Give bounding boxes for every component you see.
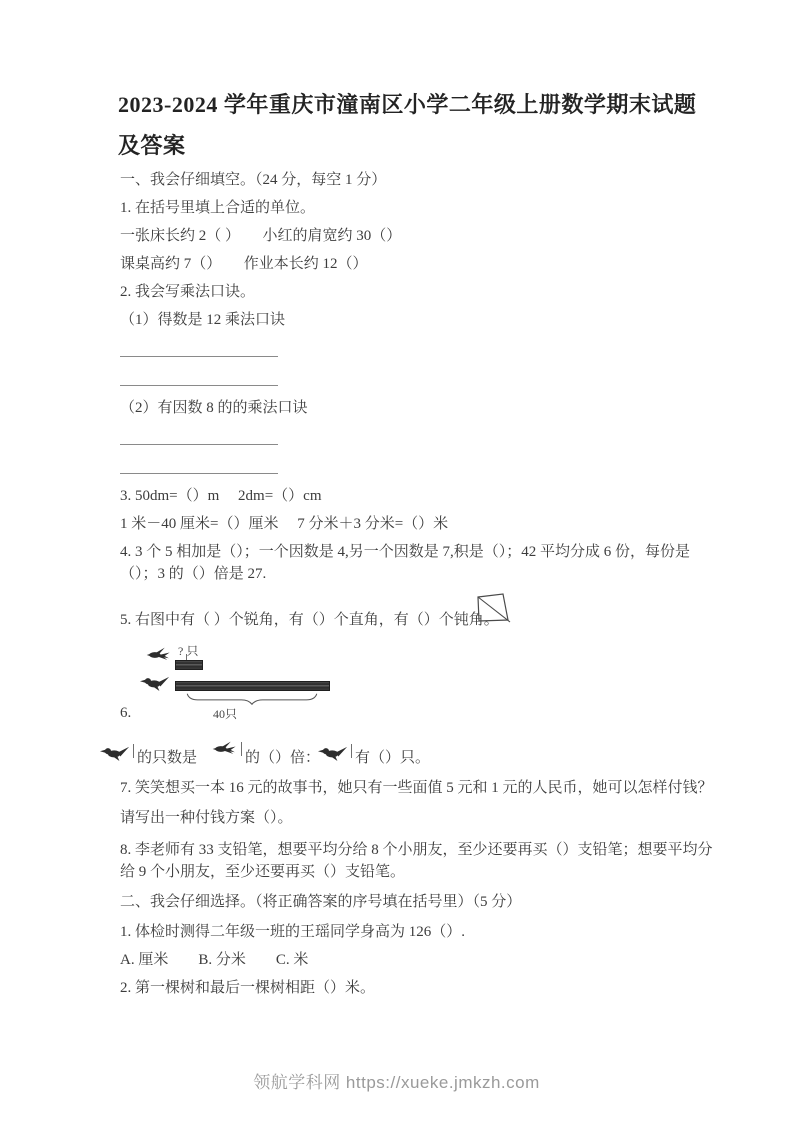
q6-text-part1: 的只数是 xyxy=(137,748,197,768)
image-edge-tick xyxy=(351,744,352,758)
q2-part1: （1）得数是 12 乘法口诀 xyxy=(120,310,285,330)
answer-blank-line xyxy=(120,473,278,474)
answer-blank-line xyxy=(120,385,278,386)
q8-line2: 给 9 个小朋友，至少还要再买（）支铅笔。 xyxy=(120,862,405,882)
image-edge-tick xyxy=(241,742,242,756)
q2-part2: （2）有因数 8 的的乘法口诀 xyxy=(120,398,308,418)
q7-line2: 请写出一种付钱方案（）。 xyxy=(120,808,293,828)
image-edge-tick xyxy=(133,744,134,758)
magpie-bird-icon xyxy=(100,742,130,764)
q6-long-bar xyxy=(175,681,330,691)
exam-document-page: 2023-2024 学年重庆市潼南区小学二年级上册数学期末试题 及答案 一、我会… xyxy=(0,0,793,1122)
q4-line2: （）；3 的（）倍是 27. xyxy=(120,564,266,584)
q2-stem: 2. 我会写乘法口诀。 xyxy=(120,282,255,302)
q6-bottom-bar-label: 40只 xyxy=(213,704,237,724)
q6-top-bar-label: ? 只 xyxy=(178,641,198,661)
q7-line1: 7. 笑笑想买一本 16 元的故事书，她只有一些面值 5 元和 1 元的人民币，… xyxy=(120,778,713,798)
s2-q1-options: A. 厘米 B. 分米 C. 米 xyxy=(120,950,308,970)
swallow-bird-icon xyxy=(212,740,238,758)
q4-line1: 4. 3 个 5 相加是（）；一个因数是 4,另一个因数是 7,积是（）；42 … xyxy=(120,542,690,562)
page-title-line1: 2023-2024 学年重庆市潼南区小学二年级上册数学期末试题 xyxy=(118,88,696,119)
section1-heading: 一、我会仔细填空。（24 分，每空 1 分） xyxy=(120,170,386,190)
magpie-bird-icon xyxy=(140,672,170,694)
answer-blank-line xyxy=(120,356,278,357)
q5-stem: 5. 右图中有（ ）个锐角，有（）个直角，有（）个钝角。 xyxy=(120,610,499,630)
q6-text-part3: 有（）只。 xyxy=(355,748,430,768)
q6-number: 6. xyxy=(120,703,131,723)
q3-line2: 1 米－40 厘米=（）厘米 7 分米＋3 分米=（）米 xyxy=(120,514,448,534)
swallow-bird-icon xyxy=(146,646,172,664)
magpie-bird-icon xyxy=(318,742,348,764)
q6-short-bar xyxy=(175,660,203,670)
q1-line1: 一张床长约 2（ ） 小红的肩宽约 30（） xyxy=(120,226,401,246)
q1-line2: 课桌高约 7（） 作业本长约 12（） xyxy=(120,254,368,274)
q3-line1: 3. 50dm=（）m 2dm=（）cm xyxy=(120,486,322,506)
quadrilateral-figure-icon xyxy=(474,588,516,628)
q1-stem: 1. 在括号里填上合适的单位。 xyxy=(120,198,315,218)
q8-line1: 8. 李老师有 33 支铅笔，想要平均分给 8 个小朋友，至少还要再买（）支铅笔… xyxy=(120,840,713,860)
site-watermark: 领航学科网 https://xueke.jmkzh.com xyxy=(0,1068,793,1093)
page-title-line2: 及答案 xyxy=(118,129,186,160)
section2-heading: 二、我会仔细选择。（将正确答案的序号填在括号里）（5 分） xyxy=(120,892,521,912)
underbrace-icon xyxy=(176,692,328,706)
s2-q2-stem: 2. 第一棵树和最后一棵树相距（）米。 xyxy=(120,978,375,998)
answer-blank-line xyxy=(120,444,278,445)
s2-q1-stem: 1. 体检时测得二年级一班的王瑶同学身高为 126（）. xyxy=(120,922,465,942)
q6-text-part2: 的（）倍： xyxy=(245,748,320,768)
